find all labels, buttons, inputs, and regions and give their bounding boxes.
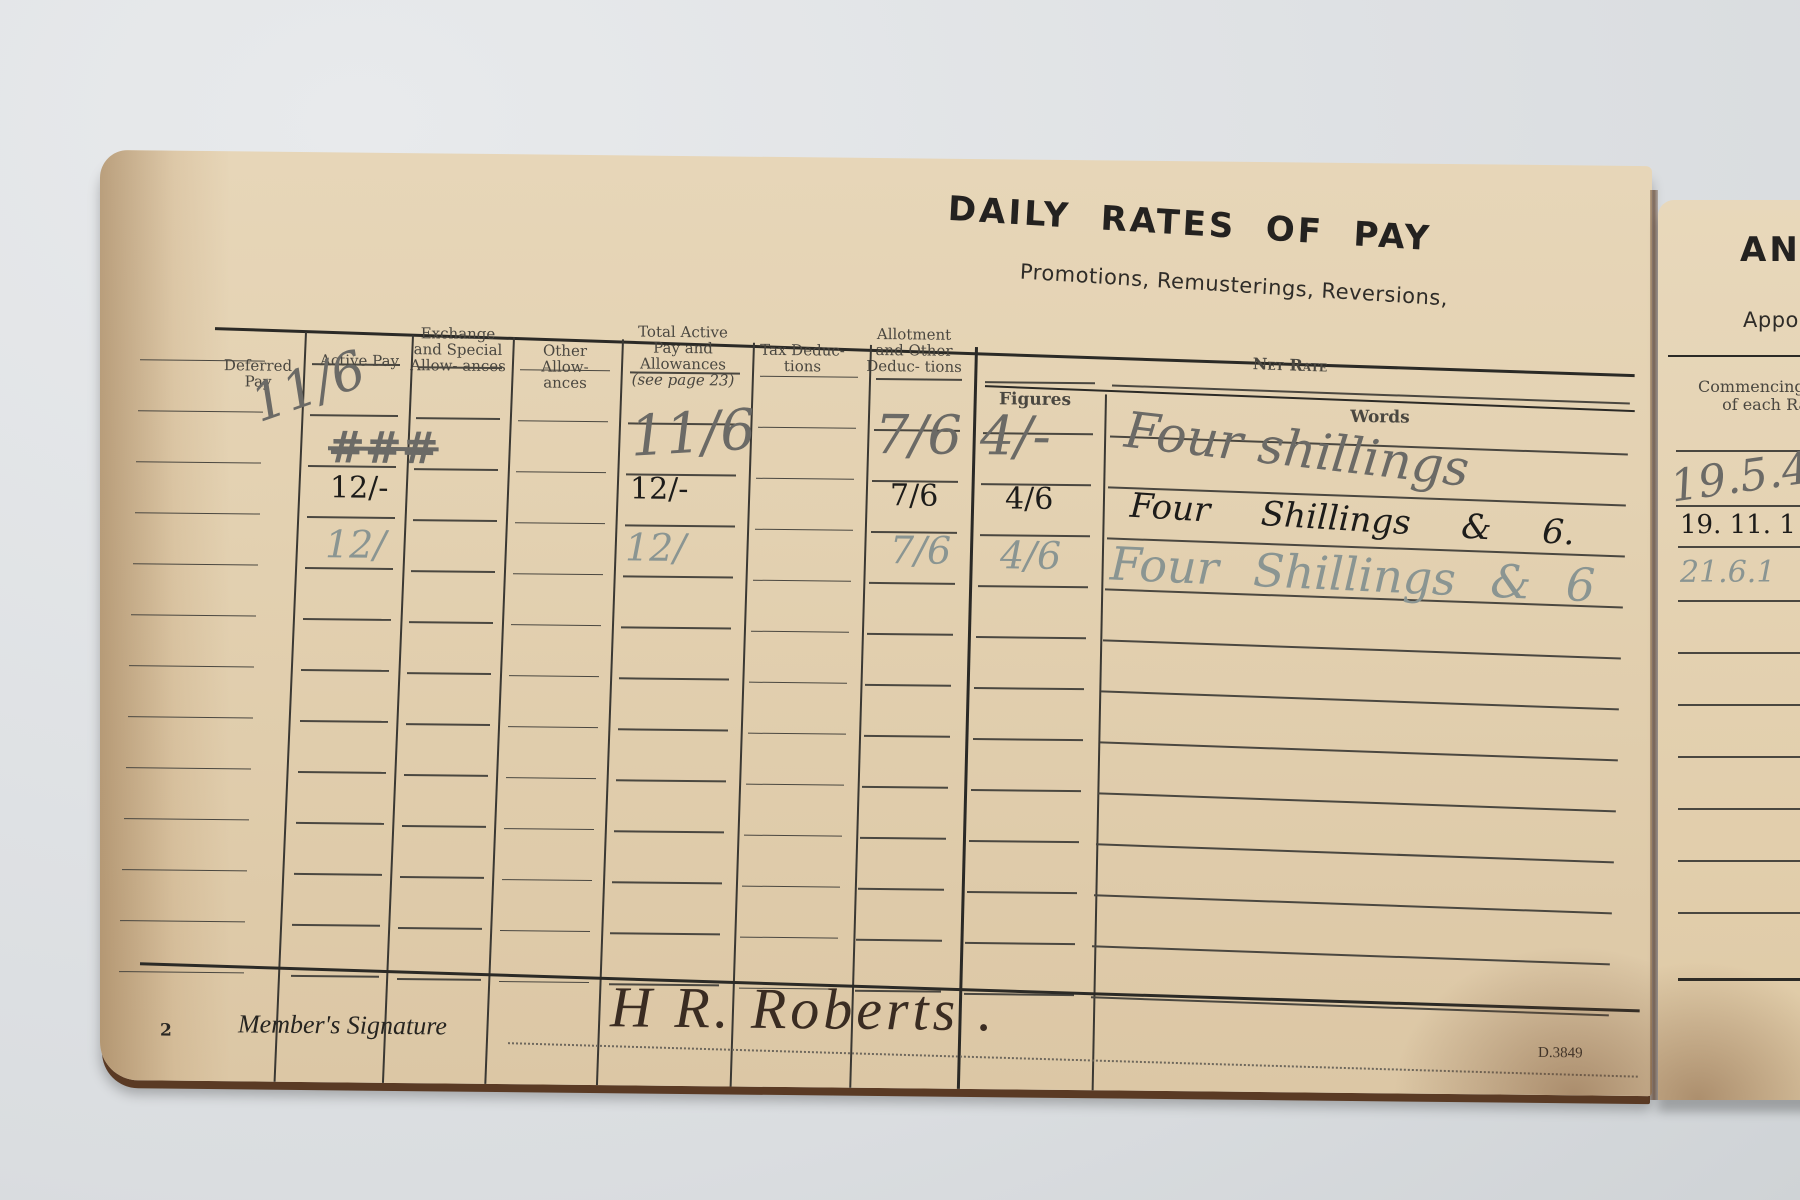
row-line: [1678, 546, 1800, 548]
row-line: [744, 834, 842, 837]
row-line: [1103, 640, 1621, 660]
row-line: [122, 869, 247, 872]
row-line: [749, 681, 847, 684]
row-line: [516, 471, 606, 474]
row-line: [129, 665, 254, 668]
row-1-total-active: 11/6: [628, 397, 758, 469]
row-1-net-figures: 4/-: [980, 404, 1051, 468]
entry-active-pay-struck: 11/6: [243, 339, 373, 434]
pay-book-right-page: AN Appo Commencing Date of each Rate 19.…: [1658, 200, 1800, 1100]
row-line: [862, 786, 948, 788]
row-line: [858, 888, 944, 890]
row-line: [864, 735, 950, 737]
row-line: [1678, 652, 1800, 654]
right-row-1-date: 19.5.4: [1667, 443, 1800, 513]
right-page-title-fragment: AN: [1740, 230, 1800, 270]
row-line: [618, 729, 728, 732]
right-page-subtitle-fragment: Appo: [1743, 308, 1799, 332]
row-line: [753, 579, 851, 582]
row-line: [499, 981, 589, 984]
row-line: [985, 381, 1095, 384]
row-line: [300, 720, 388, 723]
row-line: [409, 621, 493, 623]
row-line: [140, 359, 265, 362]
row-line: [865, 684, 951, 686]
header-allotment-deductions: Allotment and Other Deduc- tions: [862, 326, 966, 375]
row-line: [1678, 600, 1800, 602]
row-line: [298, 771, 386, 774]
row-line: [1098, 793, 1616, 813]
row-line: [402, 825, 486, 827]
right-bottom-rule: [1678, 978, 1800, 981]
row-line: [128, 716, 253, 719]
row-line: [1094, 894, 1612, 914]
row-line: [508, 726, 598, 729]
pay-book-left-page: DAILY RATES OF PAY Promotions, Remusteri…: [100, 150, 1652, 1096]
row-line: [742, 885, 840, 888]
row-1-allotment: 7/6: [875, 403, 962, 467]
row-line: [612, 882, 722, 885]
row-line: [406, 723, 490, 725]
member-signature: H R. Roberts .: [610, 973, 996, 1044]
row-line: [1096, 843, 1614, 863]
row-line: [138, 410, 263, 413]
signature-line: [508, 1042, 1638, 1078]
header-net-rate: Net Rate: [1190, 354, 1390, 377]
row-line: [860, 837, 946, 839]
row-line: [416, 417, 500, 419]
row-line: [876, 378, 962, 380]
header-total-active-pay: Total Active Pay and Allowances(see page…: [625, 323, 741, 388]
row-line: [301, 669, 389, 672]
right-row-2-date: 19. 11. 1: [1680, 510, 1796, 540]
row-line: [303, 618, 391, 621]
row-line: [126, 767, 251, 770]
row-line: [135, 512, 260, 515]
row-line: [398, 927, 482, 929]
row-line: [755, 528, 853, 531]
form-code: D.3849: [1538, 1045, 1583, 1062]
row-line: [978, 585, 1088, 588]
header-commencing-date: Commencing Date of each Rate: [1698, 378, 1800, 414]
row-line: [1101, 691, 1619, 711]
row-line: [119, 971, 244, 974]
row-line: [1676, 505, 1800, 507]
row-line: [746, 783, 844, 786]
row-2-allotment: 7/6: [890, 478, 938, 514]
row-line: [310, 414, 398, 417]
row-line: [136, 461, 261, 464]
row-line: [296, 822, 384, 825]
row-line: [1678, 756, 1800, 758]
row-line: [1678, 808, 1800, 810]
row-line: [621, 627, 731, 630]
row-3-active-pay: 12/: [325, 522, 386, 567]
row-line: [967, 891, 1077, 894]
row-line: [974, 687, 1084, 690]
row-line: [413, 519, 497, 521]
row-line: [614, 831, 724, 834]
row-line: [751, 630, 849, 633]
row-line: [1678, 912, 1800, 914]
row-line: [616, 780, 726, 783]
row-line: [760, 375, 858, 378]
row-line: [500, 930, 590, 933]
row-2-net-figures: 4/6: [1005, 481, 1053, 517]
row-line: [513, 573, 603, 576]
row-line: [509, 675, 599, 678]
row-line: [867, 633, 953, 635]
row-line: [294, 873, 382, 876]
row-line: [518, 420, 608, 423]
header-other-allowances: Other Allow- ances: [520, 342, 610, 391]
row-line: [748, 732, 846, 735]
header-words: Words: [1320, 409, 1440, 426]
row-line: [1092, 945, 1610, 965]
row-line: [133, 563, 258, 566]
row-line: [120, 920, 245, 923]
row-line: [411, 570, 495, 572]
row-line: [307, 516, 395, 519]
row-line: [1678, 704, 1800, 706]
page-subtitle: Promotions, Remusterings, Reversions,: [1019, 260, 1448, 311]
column-divider: [272, 332, 306, 1096]
row-line: [976, 636, 1086, 639]
row-line: [856, 939, 942, 941]
row-line: [756, 477, 854, 480]
page-title: DAILY RATES OF PAY: [947, 189, 1433, 259]
row-3-net-figures: 4/6: [1000, 533, 1061, 578]
row-3-allotment: 7/6: [890, 528, 951, 573]
row-line: [504, 828, 594, 831]
row-3-total-active: 12/: [625, 525, 686, 570]
row-line: [511, 624, 601, 627]
right-row-3-date: 21.6.1: [1680, 555, 1775, 590]
row-line: [610, 933, 720, 936]
row-line: [758, 426, 856, 429]
row-line: [969, 840, 1079, 843]
row-line: [124, 818, 249, 821]
row-line: [502, 879, 592, 882]
row-line: [515, 522, 605, 525]
row-2-active-pay: 12/-: [330, 470, 388, 506]
row-line: [1099, 742, 1617, 762]
row-line: [407, 672, 491, 674]
figures-words-divider: [1091, 394, 1107, 1096]
row-line: [292, 924, 380, 927]
entry-scribbled-out: ###: [328, 422, 439, 474]
row-line: [619, 678, 729, 681]
row-line: [965, 942, 1075, 945]
header-tax-deductions: Tax Deduc- tions: [755, 342, 850, 375]
row-line: [404, 774, 488, 776]
row-line: [131, 614, 256, 617]
row-2-total-active: 12/-: [630, 471, 688, 507]
signature-label: Member's Signature: [238, 1009, 447, 1041]
row-line: [397, 978, 481, 980]
row-line: [973, 738, 1083, 741]
row-line: [1678, 860, 1800, 862]
page-number: 2: [160, 1021, 172, 1041]
row-line: [971, 789, 1081, 792]
right-top-rule: [1668, 355, 1800, 357]
row-line: [506, 777, 596, 780]
row-line: [305, 567, 393, 570]
row-line: [740, 936, 838, 939]
row-line: [869, 582, 955, 584]
row-line: [291, 975, 379, 978]
book-gutter: [1650, 190, 1658, 1100]
row-line: [623, 576, 733, 579]
row-line: [400, 876, 484, 878]
